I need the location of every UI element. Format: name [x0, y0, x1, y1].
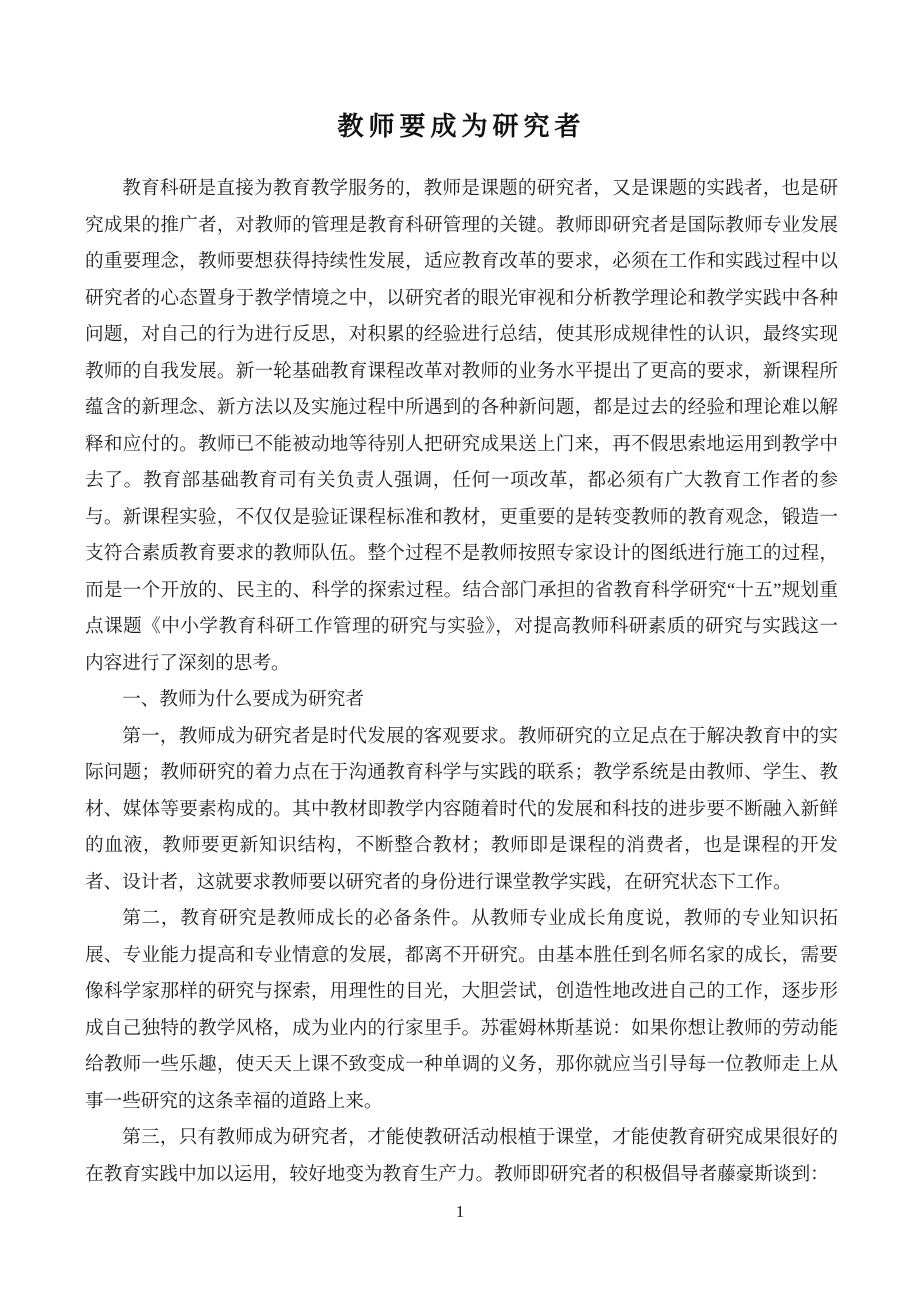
document-page: 教师要成为研究者 教育科研是直接为教育教学服务的，教师是课题的研究者，又是课题的… — [0, 0, 920, 1302]
paragraph-point-third: 第三，只有教师成为研究者，才能使教研活动根植于课堂，才能使教育研究成果很好的在教… — [85, 1120, 838, 1193]
paragraph-point-second: 第二，教育研究是教师成长的必备条件。从教师专业成长角度说，教师的专业知识拓展、专… — [85, 901, 838, 1120]
paragraph-intro: 教育科研是直接为教育教学服务的，教师是课题的研究者，又是课题的实践者，也是研究成… — [85, 171, 838, 682]
document-title: 教师要成为研究者 — [85, 108, 838, 144]
paragraph-point-first: 第一，教师成为研究者是时代发展的客观要求。教师研究的立足点在于解决教育中的实际问… — [85, 719, 838, 902]
section-heading-why-researcher: 一、教师为什么要成为研究者 — [85, 682, 838, 719]
page-number: 1 — [0, 1200, 920, 1224]
